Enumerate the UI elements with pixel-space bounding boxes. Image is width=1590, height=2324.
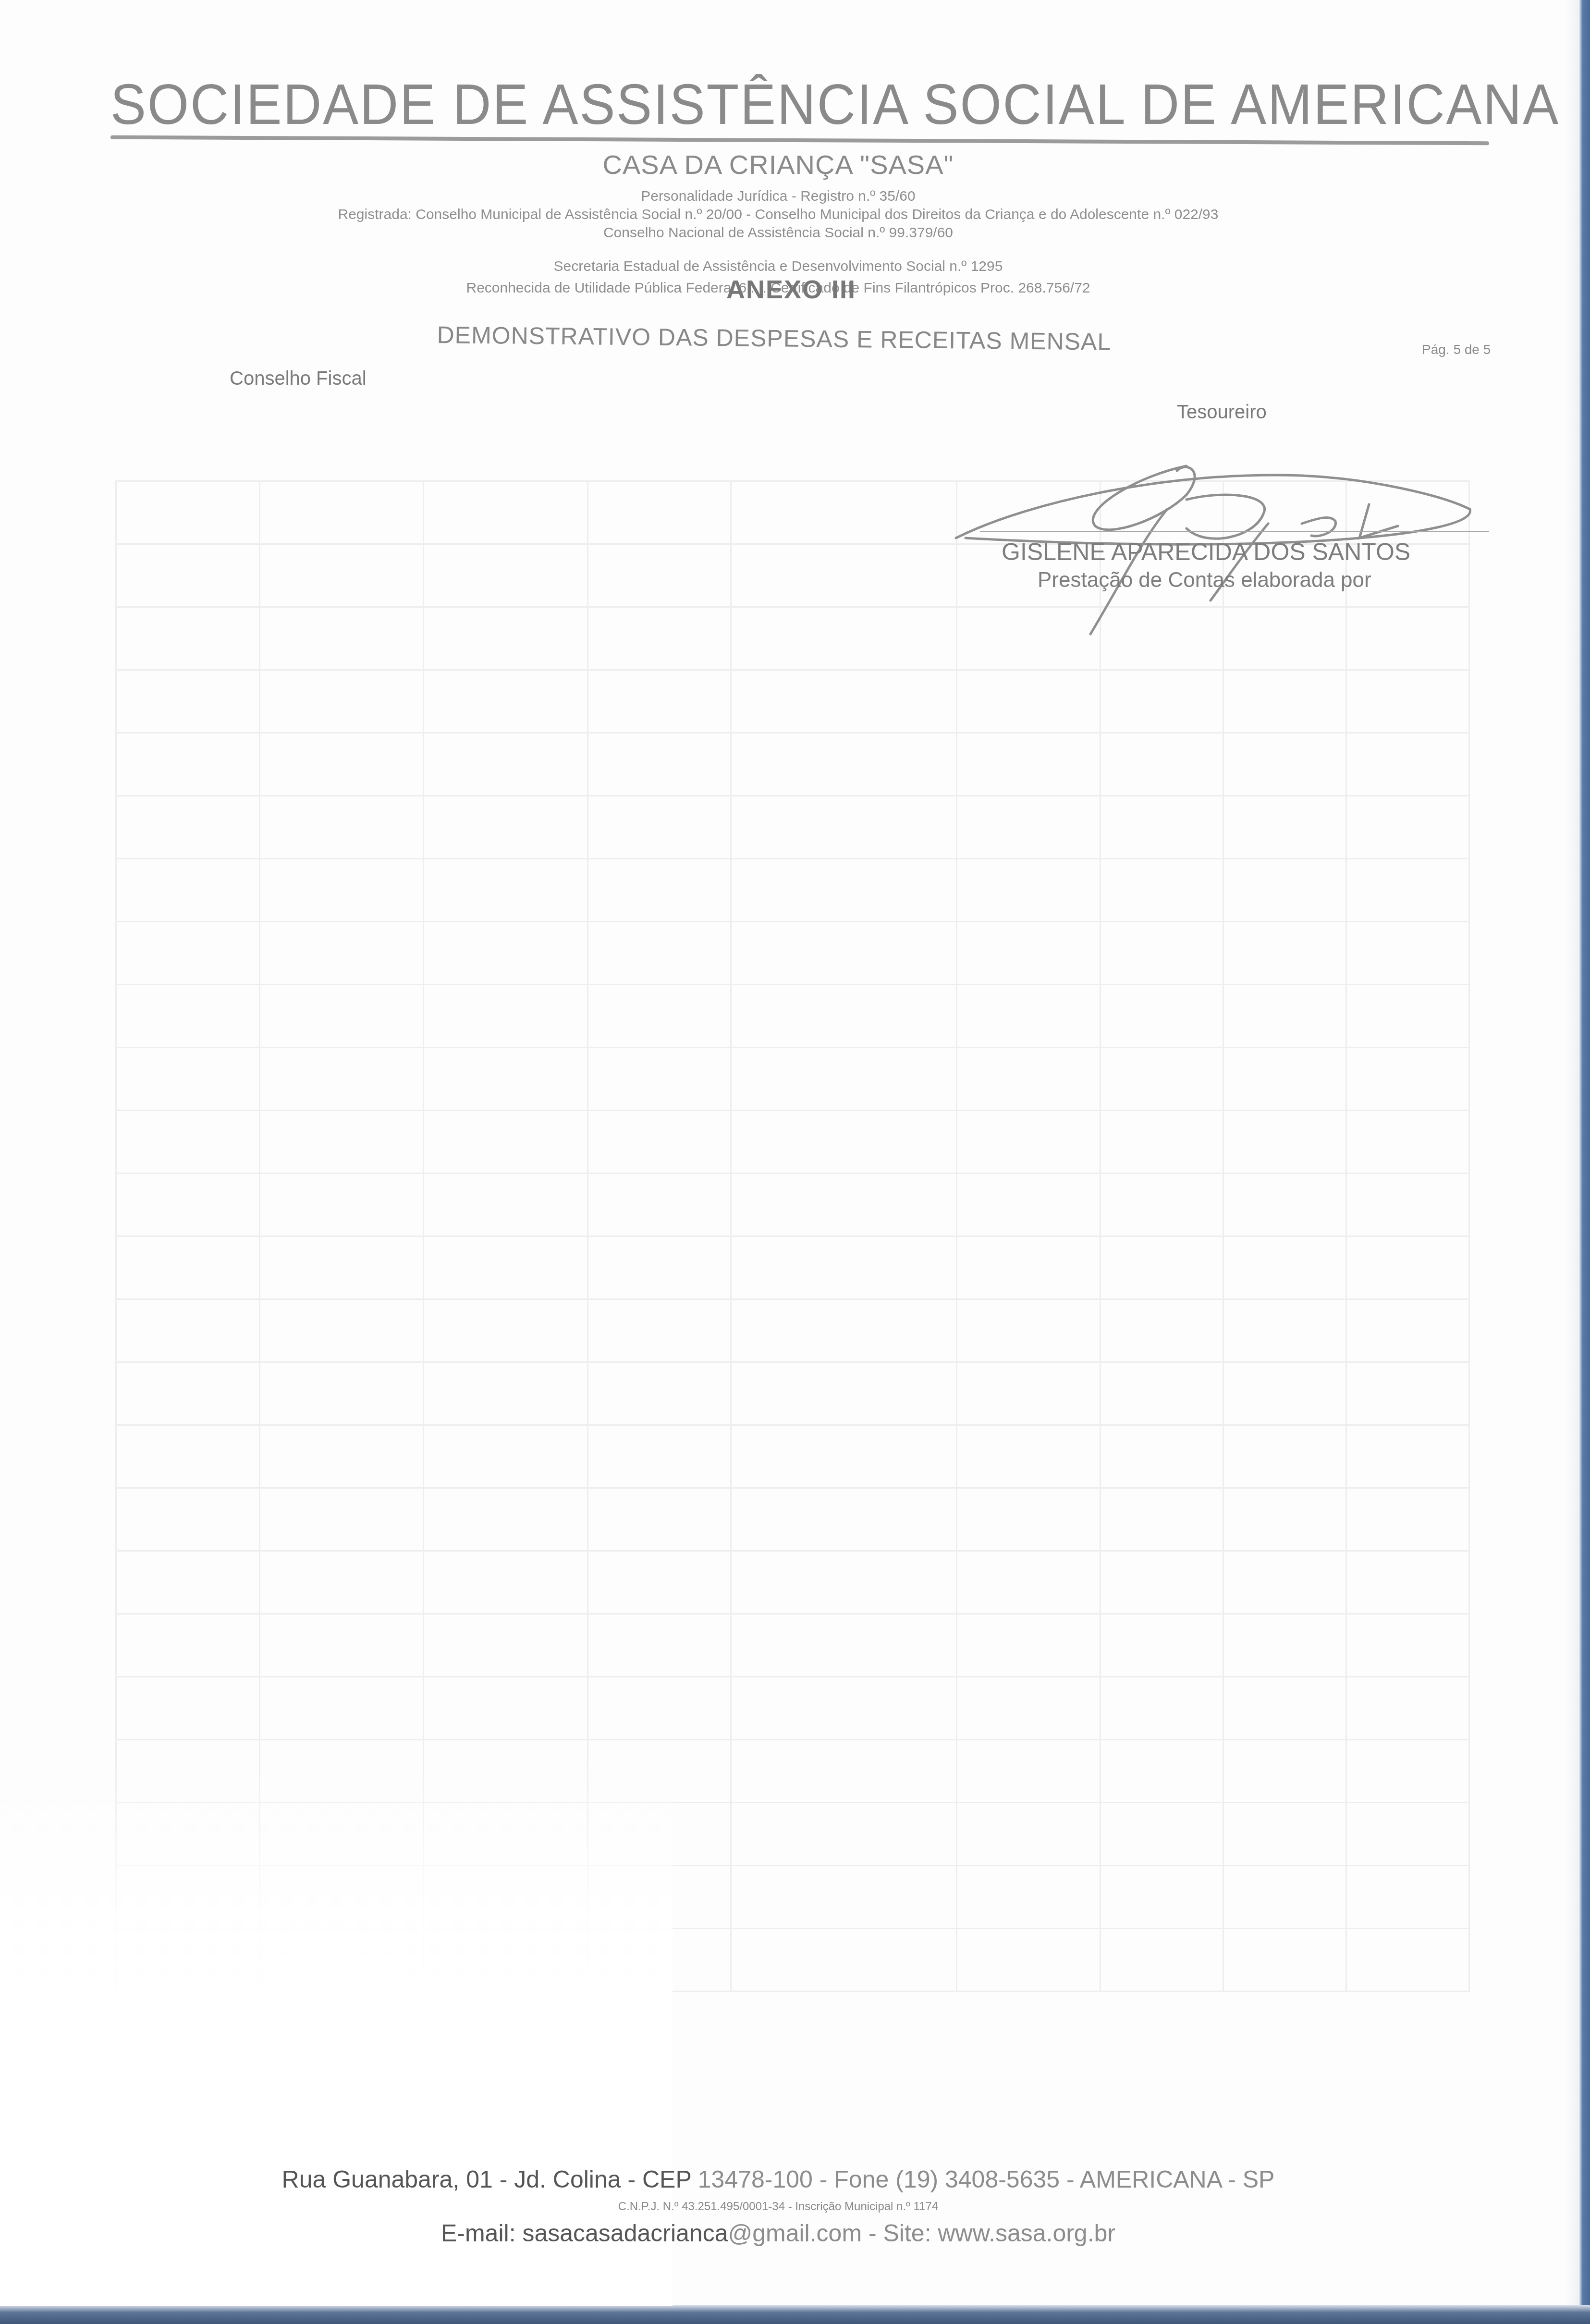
signature-line bbox=[980, 531, 1489, 532]
document-title: DEMONSTRATIVO DAS DESPESAS E RECEITAS ME… bbox=[437, 321, 1111, 356]
footer-email-domain[interactable]: @gmail.com bbox=[728, 2220, 862, 2247]
footer-address-street: Rua Guanabara, 01 - Jd. Colina - CEP bbox=[282, 2166, 691, 2193]
footer-address: Rua Guanabara, 01 - Jd. Colina - CEP 134… bbox=[0, 2165, 1556, 2193]
organization-subtitle: CASA DA CRIANÇA "SASA" bbox=[0, 149, 1556, 180]
registration-line: Secretaria Estadual de Assistência e Des… bbox=[0, 258, 1556, 275]
registration-line: Personalidade Jurídica - Registro n.º 35… bbox=[0, 188, 1556, 205]
scan-edge-right bbox=[1579, 0, 1590, 2324]
scan-edge-bottom bbox=[0, 2305, 1590, 2324]
organization-name: SOCIEDADE DE ASSISTÊNCIA SOCIAL DE AMERI… bbox=[110, 72, 1407, 137]
footer-address-cep-phone: 13478-100 - Fone (19) 3408-5635 - AMERIC… bbox=[691, 2166, 1275, 2193]
signer-role: Prestação de Contas elaborada por bbox=[1038, 568, 1371, 592]
annex-label: ANEXO III bbox=[726, 275, 856, 305]
treasurer-label: Tesoureiro bbox=[1177, 402, 1267, 423]
footer-contact: E-mail: sasacasadacrianca@gmail.com - Si… bbox=[0, 2219, 1556, 2247]
signer-name: GISLENE APARECIDA DOS SANTOS bbox=[1002, 538, 1410, 566]
fiscal-council-label: Conselho Fiscal bbox=[230, 368, 367, 390]
footer-separator: - bbox=[862, 2220, 883, 2247]
registration-line: Registrada: Conselho Municipal de Assist… bbox=[0, 207, 1556, 223]
scan-edge-shadow bbox=[1565, 0, 1579, 2324]
footer-site-link[interactable]: Site: www.sasa.org.br bbox=[883, 2220, 1116, 2247]
registration-line: Conselho Nacional de Assistência Social … bbox=[0, 225, 1556, 241]
footer-email-label: E-mail: sasacasadacrianca bbox=[441, 2220, 728, 2247]
footer-cnpj: C.N.P.J. N.º 43.251.495/0001-34 - Inscri… bbox=[0, 2200, 1556, 2214]
page-indicator: Pág. 5 de 5 bbox=[1422, 342, 1491, 357]
